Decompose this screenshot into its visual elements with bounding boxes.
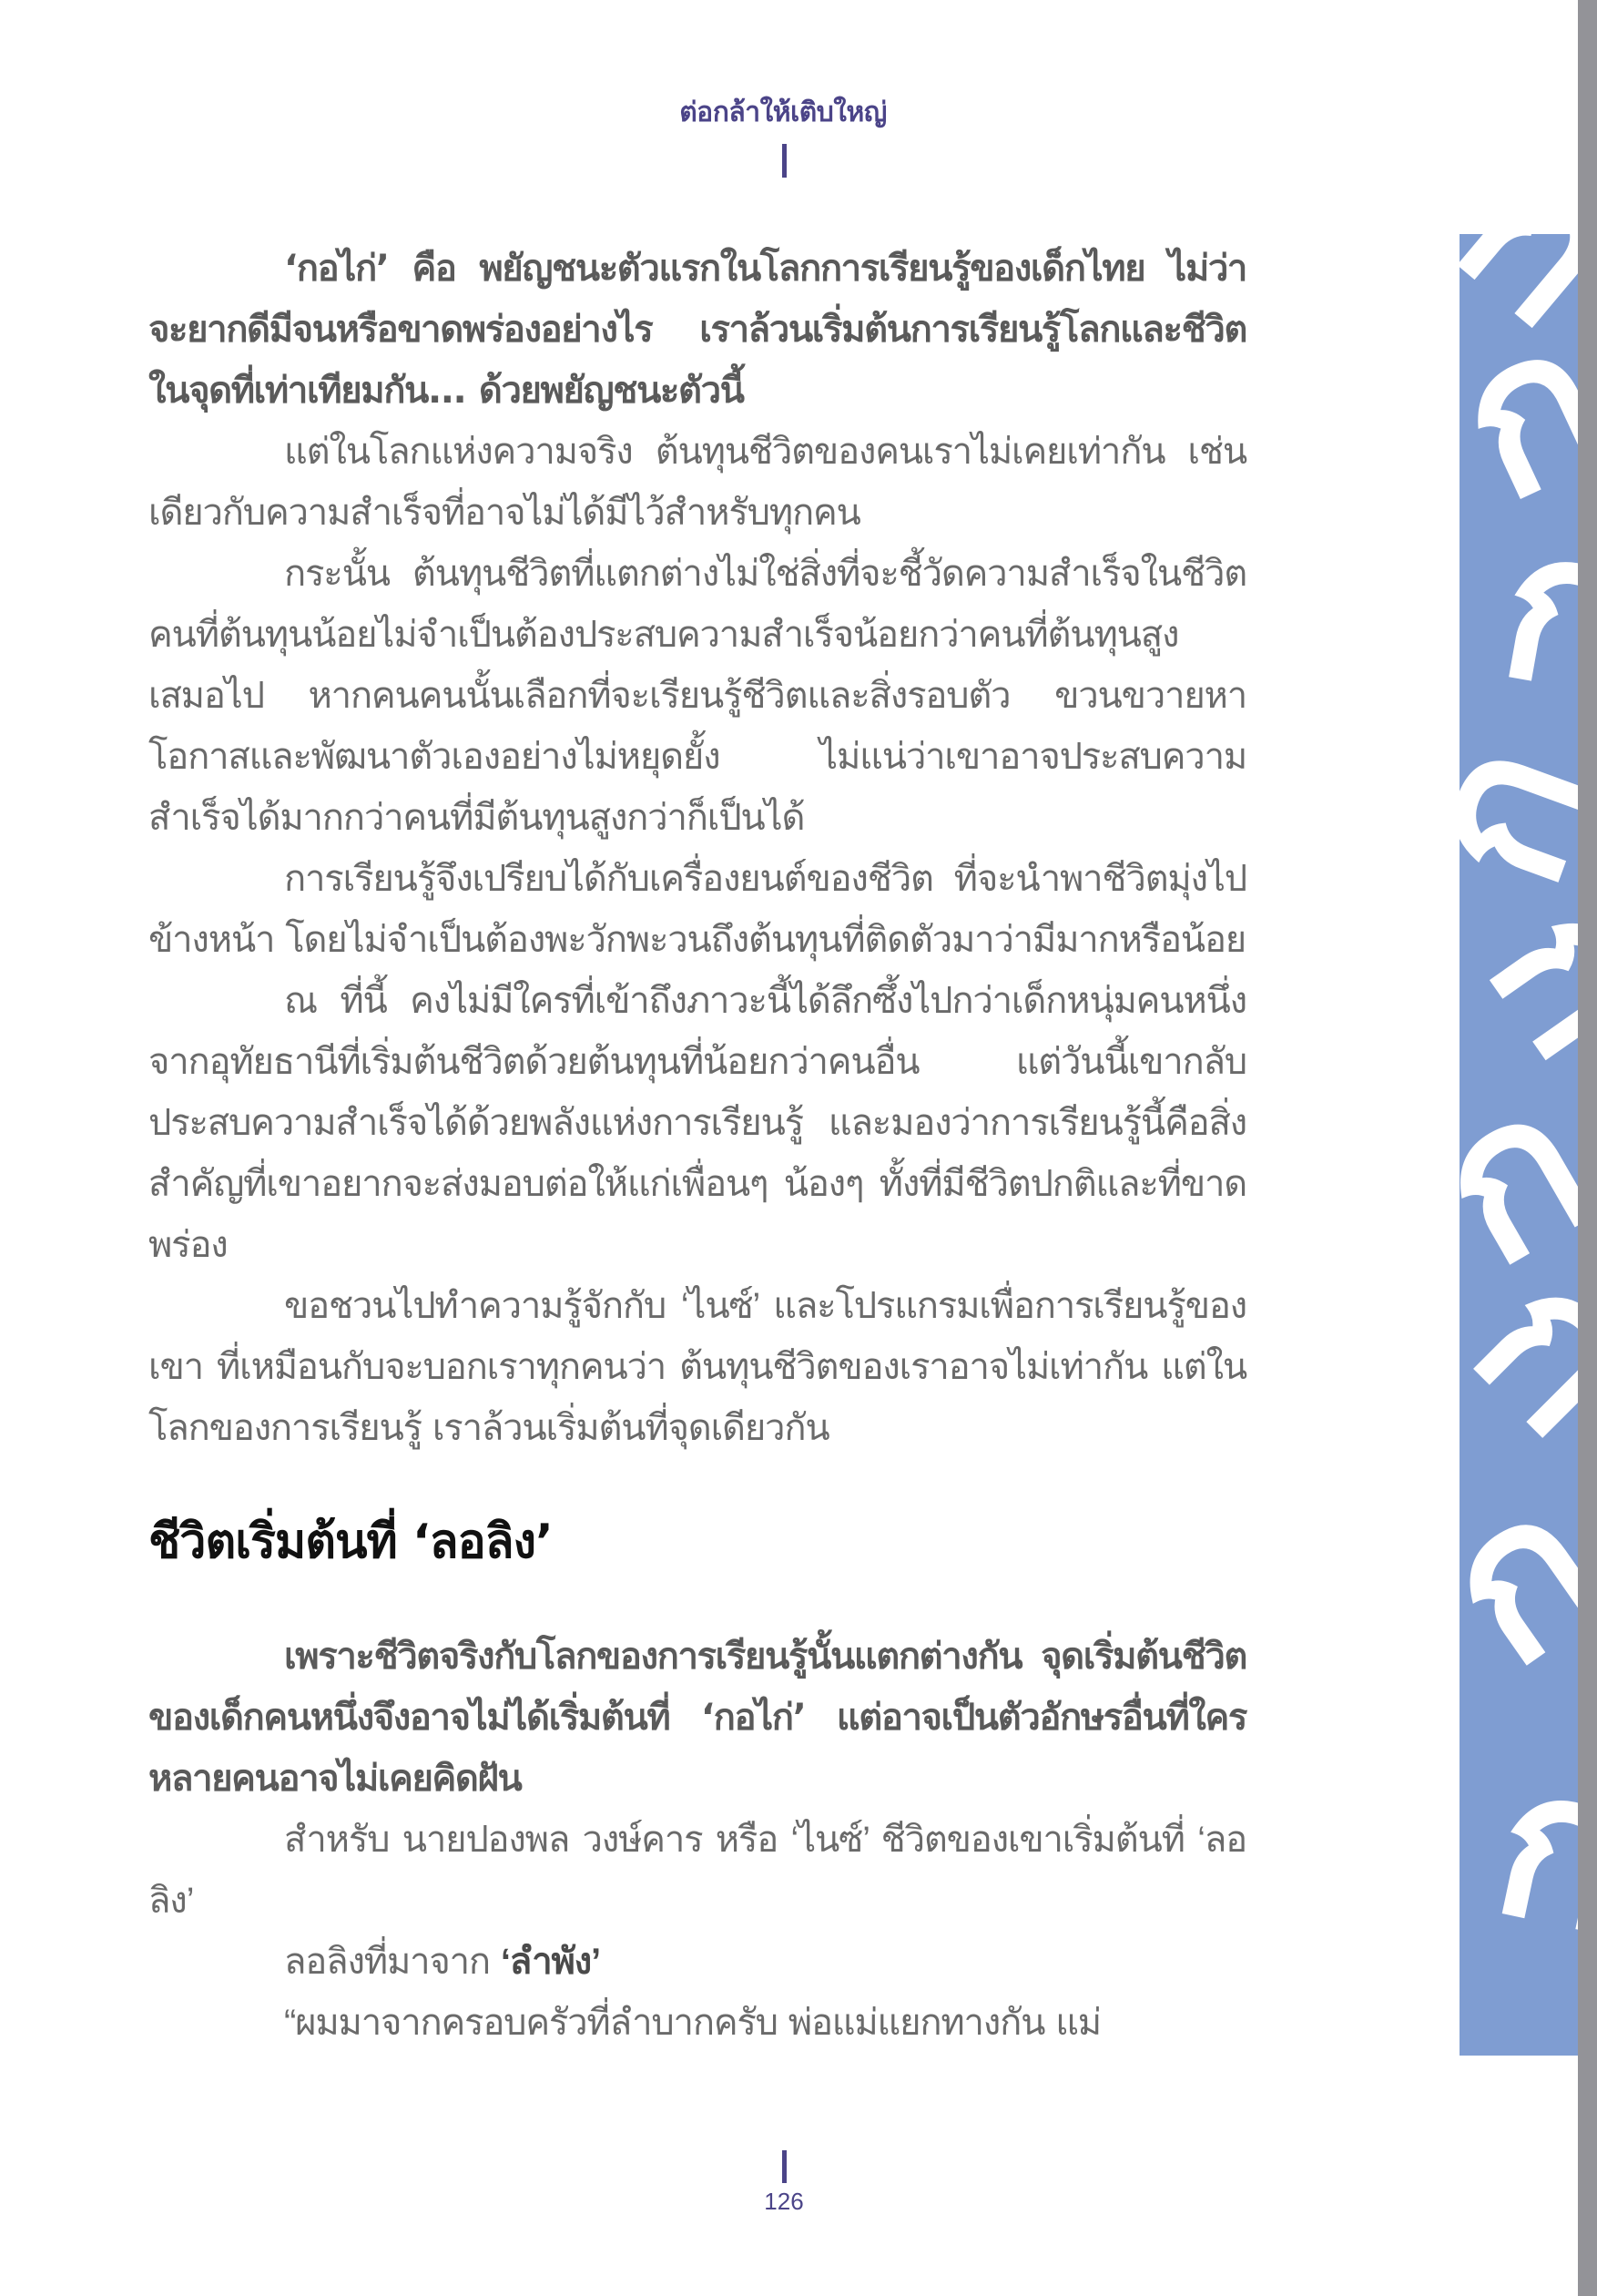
body-paragraph-3: การเรียนรู้จึงเปรียบได้กับเครื่องยนต์ของ…: [148, 849, 1246, 971]
decorative-glyph-icon: ก: [1488, 498, 1578, 727]
lead-paragraph: ‘กอไก่’ คือ พยัญชนะตัวแรกในโลกการเรียนรู…: [148, 239, 1246, 422]
body-paragraph-2: กระนั้น ต้นทุนชีวิตที่แตกต่างไม่ใช่สิ่งท…: [148, 544, 1246, 849]
section-paragraph-2: ลอลิงที่มาจาก ‘ลำพัง’: [148, 1932, 1246, 1993]
decorative-glyph-icon: ก: [1480, 1735, 1578, 1966]
section-paragraph-2-text: ลอลิงที่มาจาก: [284, 1942, 501, 1982]
decorative-glyph-icon: ก: [1460, 717, 1578, 908]
decorative-glyph-icon: ก: [1460, 1455, 1578, 1699]
body-paragraph-4: ณ ที่นี้ คงไม่มีใครที่เข้าถึงภาวะนี้ได้ล…: [148, 971, 1246, 1276]
body-paragraph-1: แต่ในโลกแห่งความจริง ต้นทุนชีวิตของคนเรา…: [148, 422, 1246, 544]
section-lead-paragraph: เพราะชีวิตจริงกับโลกของการเรียนรู้นั้นแต…: [148, 1627, 1246, 1810]
decorative-side-band: ก ก ก ก ก ก ก ก ก: [1460, 234, 1578, 2056]
page-edge-strip: [1578, 0, 1597, 2296]
section-heading: ชีวิตเริ่มต้นที่ ‘ลอลิง’: [148, 1510, 1246, 1574]
bold-term-lampang: ‘ลำพัง’: [501, 1942, 600, 1982]
body-paragraph-5: ขอชวนไปทำความรู้จักกับ ‘ไนซ์’ และโปรแกรม…: [148, 1276, 1246, 1459]
section-paragraph-1: สำหรับ นายปองพล วงษ์คาร หรือ ‘ไนซ์’ ชีวิ…: [148, 1810, 1246, 1932]
footer-divider: [782, 2150, 787, 2183]
section-paragraph-3: “ผมมาจากครอบครัวที่ลำบากครับ พ่อแม่แยกทา…: [148, 1993, 1246, 2054]
page-number: 126: [0, 2188, 1568, 2216]
header-divider: [782, 144, 787, 178]
article-body: ‘กอไก่’ คือ พยัญชนะตัวแรกในโลกการเรียนรู…: [148, 239, 1246, 2054]
running-header-title: ต่อกล้าให้เติบใหญ่: [0, 91, 1566, 134]
